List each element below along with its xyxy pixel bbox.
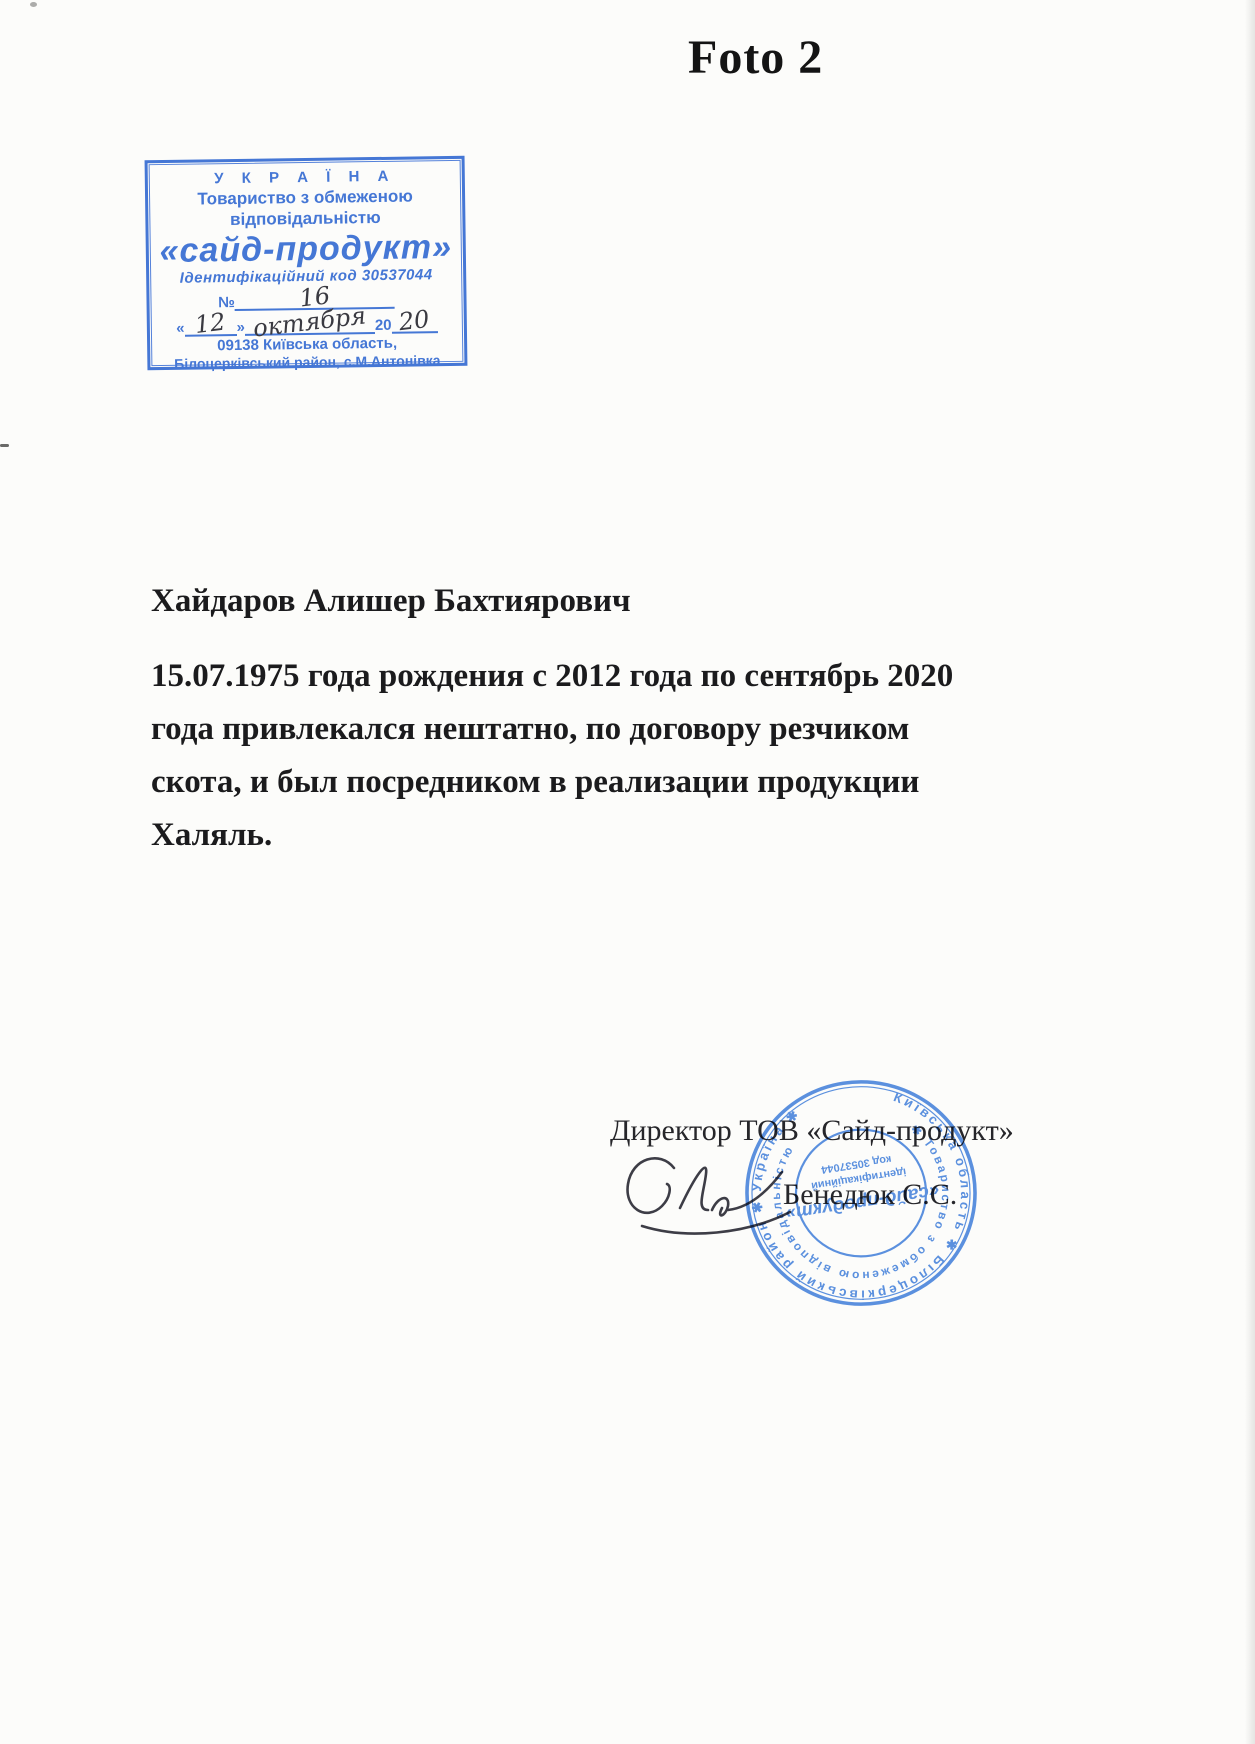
scan-artifact-dash bbox=[0, 444, 9, 447]
date-month-underline: октября bbox=[245, 314, 375, 336]
stamp-address-line2: Білоцерківський район, с.М.Антонівка bbox=[156, 352, 458, 373]
rectangular-company-stamp: У К Р А Ї Н А Товариство з обмеженою від… bbox=[145, 156, 468, 370]
date-day-underline: 12 bbox=[184, 316, 236, 337]
round-company-seal: Київська область ✱ Білоцерківський район… bbox=[741, 1076, 981, 1310]
stamp-org-line1: Товариство з обмеженою bbox=[154, 185, 456, 210]
stamp-date-row: « 12 » октября 20 20 bbox=[156, 309, 458, 337]
paragraph-line-2: года привлекался нештатно, по договору р… bbox=[151, 703, 1031, 756]
handwritten-day: 12 bbox=[194, 315, 226, 333]
handwritten-month: октября bbox=[253, 308, 367, 335]
scan-artifact-speck bbox=[30, 2, 37, 7]
stamp-company-name: «сайд-продукт» bbox=[155, 228, 458, 270]
scanned-document-page: Foto 2 У К Р А Ї Н А Товариство з обмеже… bbox=[0, 0, 1255, 1744]
paragraph-line-3: скота, и был посредником в реализации пр… bbox=[151, 756, 1031, 809]
rectangular-stamp-inner-border: У К Р А Ї Н А Товариство з обмеженою від… bbox=[149, 160, 464, 366]
paragraph-line-1: 15.07.1975 года рождения с 2012 года по … bbox=[151, 650, 1031, 703]
handwritten-year: 20 bbox=[398, 312, 430, 330]
main-paragraph: 15.07.1975 года рождения с 2012 года по … bbox=[151, 650, 1031, 862]
stamp-org-line2: відповідальністю bbox=[154, 206, 456, 231]
paragraph-line-4: Халяль. bbox=[151, 809, 1031, 862]
date-close-quote: » bbox=[236, 319, 245, 336]
seal-center-company-name: «сайд-продукт» bbox=[784, 1181, 941, 1225]
scan-edge-shadow bbox=[1245, 0, 1255, 1744]
handwritten-number: 16 bbox=[299, 288, 331, 306]
person-name-line: Хайдаров Алишер Бахтиярович bbox=[151, 583, 631, 620]
date-open-quote: « bbox=[176, 320, 185, 337]
date-year-underline: 20 bbox=[391, 313, 437, 334]
date-year-printed: 20 bbox=[375, 317, 392, 334]
page-title: Foto 2 bbox=[688, 30, 823, 85]
